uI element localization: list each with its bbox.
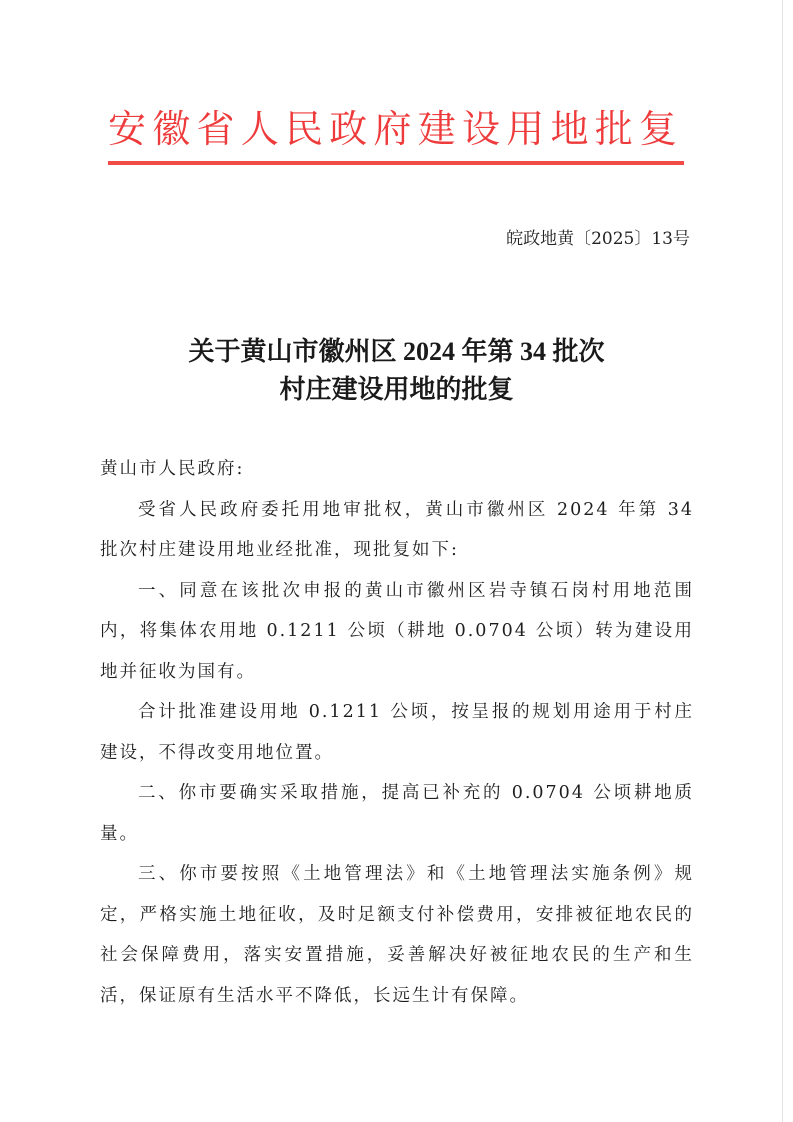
- paragraph-intro: 受省人民政府委托用地审批权，黄山市徽州区 2024 年第 34 批次村庄建设用地…: [100, 490, 694, 571]
- document-body: 黄山市人民政府: 受省人民政府委托用地审批权，黄山市徽州区 2024 年第 34…: [100, 449, 694, 1016]
- red-header-rule: [108, 161, 684, 165]
- paragraph-total: 合计批准建设用地 0.1211 公顷，按呈报的规划用途用于村庄建设，不得改变用地…: [100, 692, 694, 773]
- document-number: 皖政地黄〔2025〕13号: [506, 227, 690, 251]
- title-line-2: 村庄建设用地的批复: [0, 371, 793, 409]
- paragraph-item-1: 一、同意在该批次申报的黄山市徽州区岩寺镇石岗村用地范围内，将集体农用地 0.12…: [100, 571, 694, 693]
- title-line-1: 关于黄山市徽州区 2024 年第 34 批次: [0, 333, 793, 371]
- paragraph-item-3: 三、你市要按照《土地管理法》和《土地管理法实施条例》规定，严格实施土地征收，及时…: [100, 854, 694, 1016]
- document-title: 关于黄山市徽州区 2024 年第 34 批次 村庄建设用地的批复: [0, 333, 793, 409]
- document-masthead: 安徽省人民政府建设用地批复: [108, 104, 678, 154]
- page-edge: [782, 0, 783, 1122]
- salutation: 黄山市人民政府:: [100, 449, 694, 490]
- paragraph-item-2: 二、你市要确实采取措施，提高已补充的 0.0704 公顷耕地质量。: [100, 773, 694, 854]
